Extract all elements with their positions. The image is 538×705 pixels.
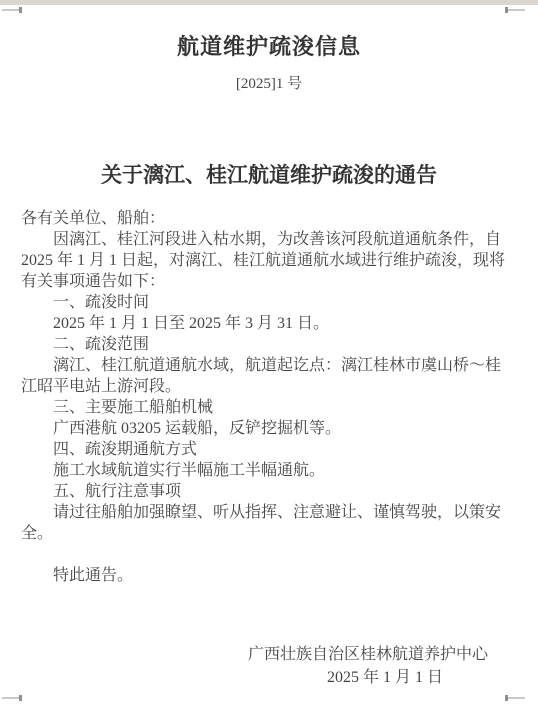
body-line: 施工水域航道实行半幅施工半幅通航。 [21,460,517,481]
body-line: 广西港航 03205 运载船，反铲挖掘机等。 [21,418,517,439]
body-line: 全。 [21,523,517,544]
corner-mark-line [2,697,19,699]
body-line: 五、航行注意事项 [21,481,517,502]
corner-mark-line [2,9,19,11]
body-line: 因漓江、桂江河段进入枯水期，为改善该河段航道通航条件，自 [21,229,517,250]
body-line: 四、疏浚期通航方式 [21,439,517,460]
body-line: 漓江、桂江航道通航水域，航道起讫点：漓江桂林市虞山桥～桂 [21,355,517,376]
notice-title: 关于漓江、桂江航道维护疏浚的通告 [21,163,517,188]
body-line: 各有关单位、船舶： [21,208,517,229]
body-line: 江昭平电站上游河段。 [21,376,517,397]
body-line: 三、主要施工船舶机械 [21,397,517,418]
doc-header-title: 航道维护疏浚信息 [21,33,517,60]
corner-mark-line [508,697,525,699]
body-line: 2025 年 1 月 1 日至 2025 年 3 月 31 日。 [21,313,517,334]
signature-org: 广西壮族自治区桂林航道养护中心 [21,644,517,665]
doc-number: [2025]1 号 [21,75,517,93]
body-line: 特此通告。 [21,565,517,586]
corner-mark-handle [19,695,22,701]
body-line: 2025 年 1 月 1 日起，对漓江、桂江航道通航水域进行维护疏浚，现将 [21,250,517,271]
signature-block: 广西壮族自治区桂林航道养护中心 2025 年 1 月 1 日 [21,644,517,688]
notice-body: 各有关单位、船舶：因漓江、桂江河段进入枯水期，为改善该河段航道通航条件，自202… [21,208,517,586]
body-line [21,544,517,565]
notice-document: 航道维护疏浚信息 [2025]1 号 关于漓江、桂江航道维护疏浚的通告 各有关单… [21,0,517,688]
document-page: 航道维护疏浚信息 [2025]1 号 关于漓江、桂江航道维护疏浚的通告 各有关单… [0,0,538,705]
corner-mark-handle [505,695,508,701]
body-line: 有关事项通告如下： [21,271,517,292]
body-line: 二、疏浚范围 [21,334,517,355]
signature-date: 2025 年 1 月 1 日 [21,667,517,688]
body-line: 请过往船舶加强瞭望、听从指挥、注意避让、谨慎驾驶，以策安 [21,502,517,523]
body-line: 一、疏浚时间 [21,292,517,313]
